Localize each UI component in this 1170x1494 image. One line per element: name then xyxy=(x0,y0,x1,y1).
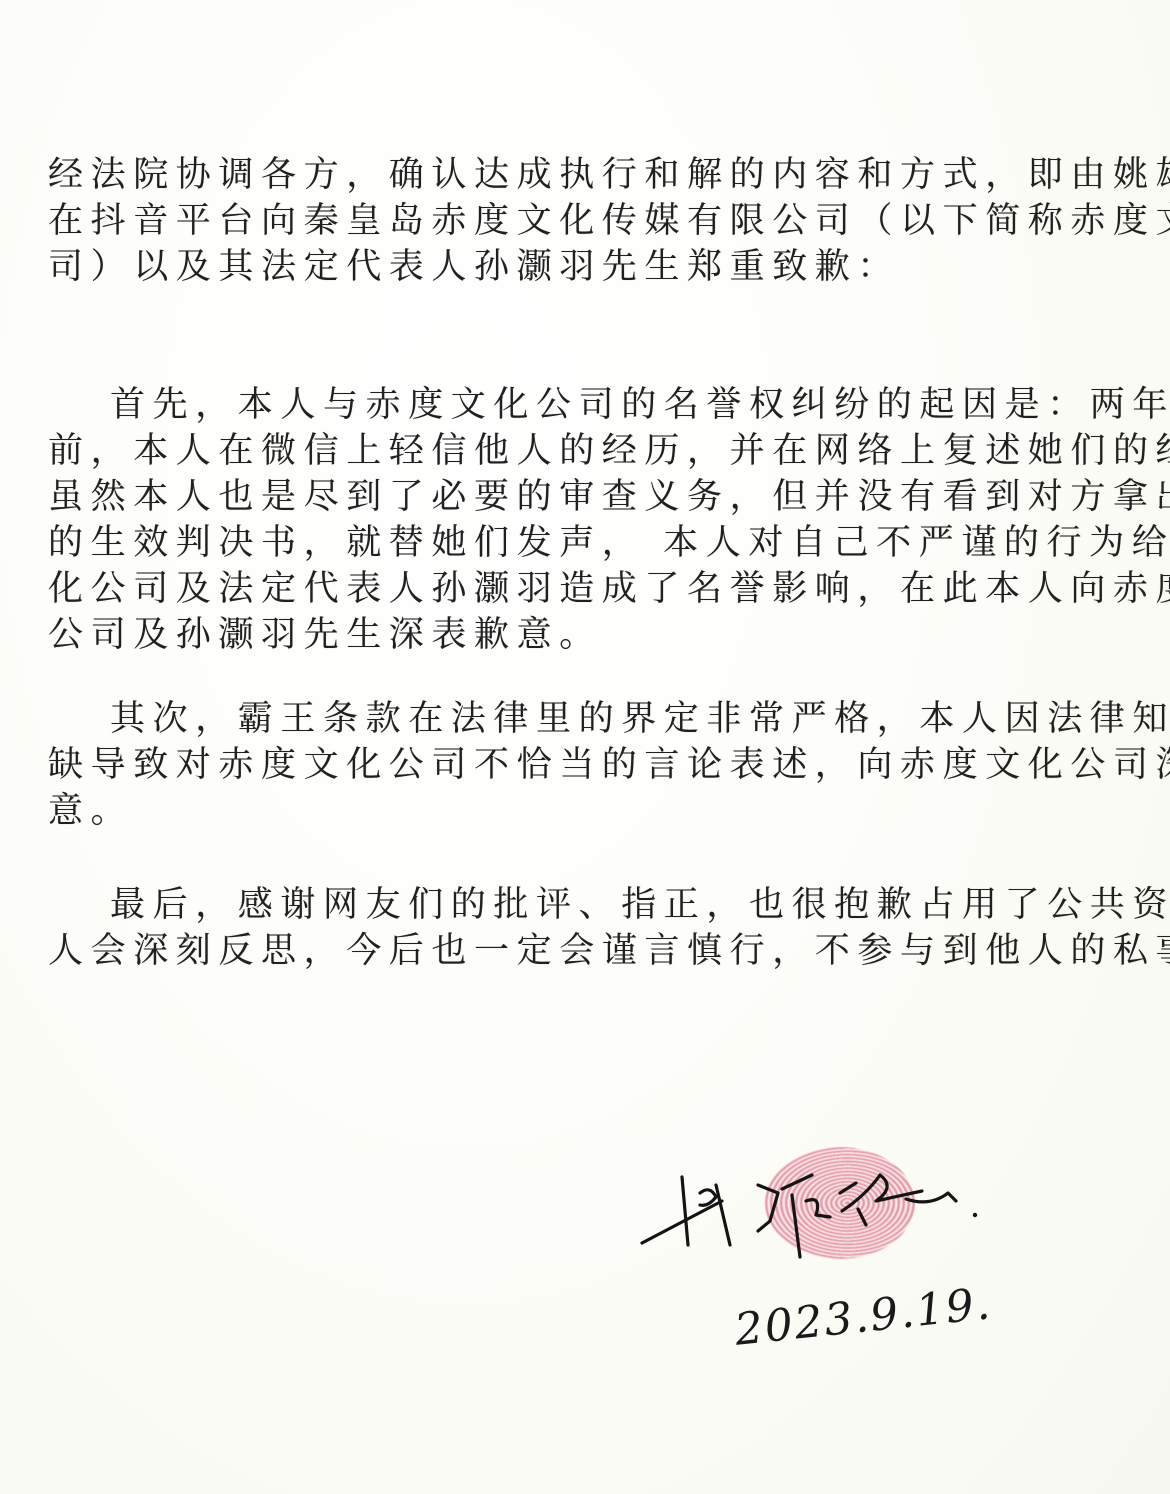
first-point-line-4: 的生效判决书，就替她们发声， 本人对自己不严谨的行为给赤度文 xyxy=(48,520,1170,566)
intro-line-1: 经法院协调各方，确认达成执行和解的内容和方式，即由姚雄杰仅 xyxy=(48,152,1170,198)
handwritten-signature-icon xyxy=(630,1135,1000,1305)
second-point-line-3: 意。 xyxy=(48,788,133,834)
first-point-line-1: 首先，本人与赤度文化公司的名誉权纠纷的起因是：两年多 xyxy=(110,382,1170,428)
intro-line-3: 司）以及其法定代表人孙灏羽先生郑重致歉： xyxy=(48,244,900,290)
second-point-line-2: 缺导致对赤度文化公司不恰当的言论表述，向赤度文化公司深表歉 xyxy=(48,742,1170,788)
final-point-line-1: 最后，感谢网友们的批评、指正，也很抱歉占用了公共资源，本 xyxy=(110,882,1170,928)
document-page: 经法院协调各方，确认达成执行和解的内容和方式，即由姚雄杰仅 在抖音平台向秦皇岛赤… xyxy=(0,0,1170,1494)
final-point-line-2: 人会深刻反思，今后也一定会谨言慎行，不参与到他人的私事中去。 xyxy=(48,928,1170,974)
first-point-line-2: 前，本人在微信上轻信他人的经历，并在网络上复述她们的经历， xyxy=(48,428,1170,474)
second-point-line-1: 其次，霸王条款在法律里的界定非常严格，本人因法律知识欠 xyxy=(110,696,1170,742)
intro-line-2: 在抖音平台向秦皇岛赤度文化传媒有限公司（以下简称赤度文化公 xyxy=(48,198,1170,244)
signature-block: 2023.9.19. xyxy=(630,1135,1000,1395)
first-point-line-6: 公司及孙灏羽先生深表歉意。 xyxy=(48,612,602,658)
first-point-line-5: 化公司及法定代表人孙灏羽造成了名誉影响，在此本人向赤度文化 xyxy=(48,566,1170,612)
first-point-line-3: 虽然本人也是尽到了必要的审查义务，但并没有看到对方拿出法院 xyxy=(48,474,1170,520)
